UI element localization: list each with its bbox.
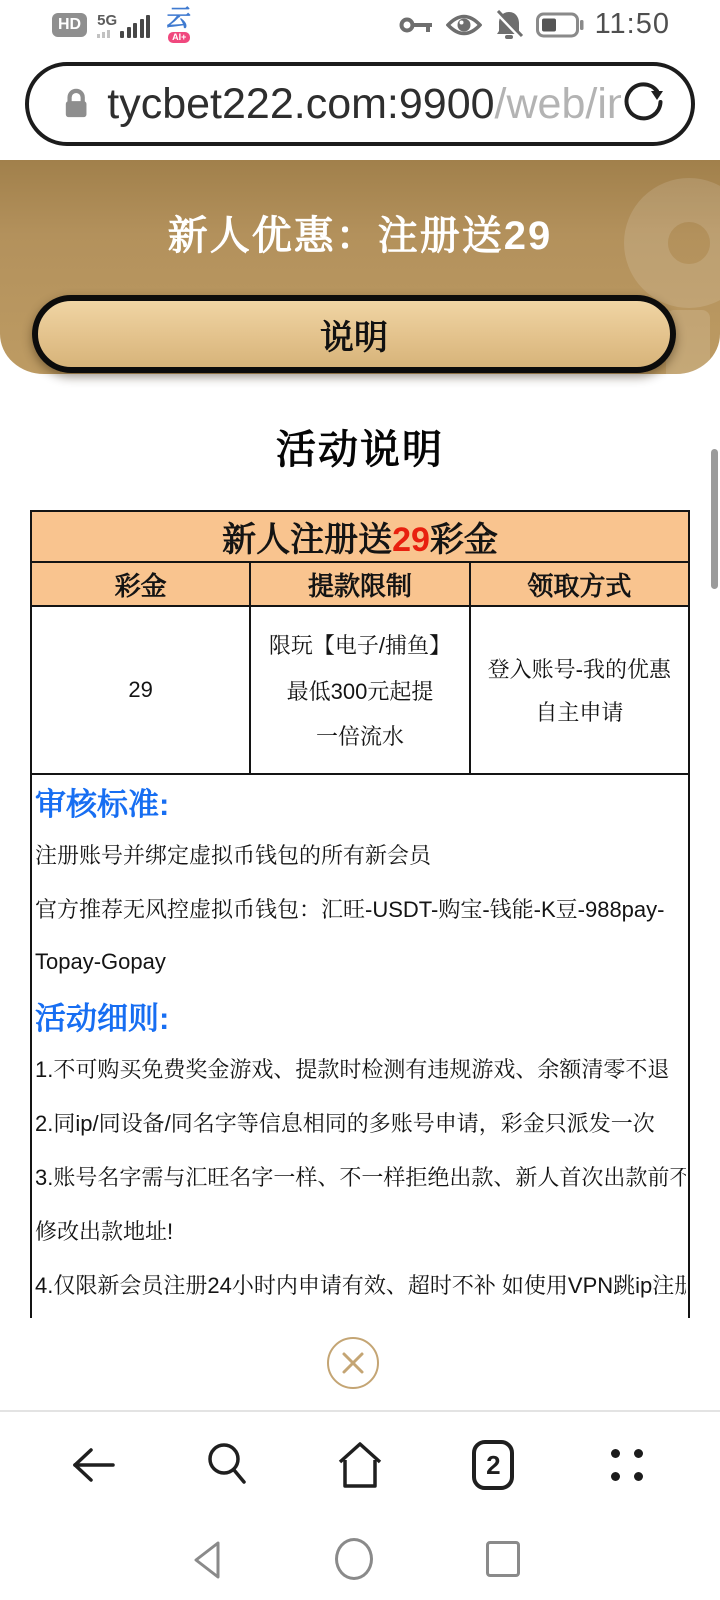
- rule-line: 修改出款地址!: [35, 1203, 686, 1257]
- menu-dots-icon: [611, 1449, 643, 1481]
- url-text: tycbet222.com:9900/web/ind: [107, 80, 621, 129]
- bonus-amount-highlight: 29: [392, 521, 430, 559]
- cell-bonus-value: 29: [31, 606, 250, 774]
- nav-home-icon[interactable]: [335, 1538, 373, 1580]
- search-icon: [204, 1441, 250, 1489]
- phone-screen: HD 5G 云 AI+: [0, 0, 720, 1600]
- toolbar-divider: [0, 1410, 720, 1412]
- clock-time: 11:50: [595, 8, 670, 41]
- signal-bars-secondary-icon: [97, 30, 110, 38]
- description-button[interactable]: 说明: [32, 295, 676, 373]
- activity-content: 新人注册送29彩金 彩金 提款限制 领取方式 29 限玩【电子/捕鱼】 最低30…: [30, 510, 690, 1318]
- nav-back-icon[interactable]: [188, 1538, 228, 1582]
- cloud-app-icon: 云 AI+: [164, 7, 202, 43]
- col-header-limit: 提款限制: [250, 562, 469, 606]
- table-title-cell: 新人注册送29彩金: [31, 511, 689, 562]
- status-bar: HD 5G 云 AI+: [0, 0, 720, 50]
- rule-line: 3.账号名字需与汇旺名字一样、不一样拒绝出款、新人首次出款前不能: [35, 1149, 686, 1203]
- table-data-row: 29 限玩【电子/捕鱼】 最低300元起提 一倍流水 登入账号-我的优惠 自主申…: [31, 606, 689, 774]
- review-line: 官方推荐无风控虚拟币钱包：汇旺-USDT-购宝-钱能-K豆-988pay-: [35, 881, 686, 935]
- claim-line: 登入账号-我的优惠: [471, 653, 688, 684]
- activity-description-title: 活动说明: [0, 418, 720, 475]
- search-button[interactable]: [187, 1428, 267, 1502]
- table-title-row: 新人注册送29彩金: [31, 511, 689, 562]
- rule-line: 2.同ip/同设备/同名字等信息相同的多账号申请，彩金只派发一次: [35, 1095, 686, 1149]
- url-bar[interactable]: tycbet222.com:9900/web/ind: [25, 62, 695, 146]
- back-arrow-icon: [69, 1445, 117, 1485]
- status-left: HD 5G 云 AI+: [52, 7, 202, 43]
- battery-icon: [536, 12, 584, 38]
- activity-rules-heading: 活动细则:: [35, 989, 686, 1041]
- browser-toolbar: 2: [0, 1428, 720, 1502]
- home-icon: [336, 1440, 384, 1490]
- bonus-table: 新人注册送29彩金 彩金 提款限制 领取方式 29 限玩【电子/捕鱼】 最低30…: [30, 510, 690, 775]
- rule-line: 1.不可购买免费奖金游戏、提款时检测有违规游戏、余额清零不退: [35, 1041, 686, 1095]
- network-indicator: 5G: [97, 13, 150, 38]
- col-header-claim: 领取方式: [470, 562, 689, 606]
- nav-recents-icon[interactable]: [486, 1541, 520, 1577]
- refresh-button[interactable]: [621, 79, 667, 130]
- promo-title: 新人优惠：注册送29: [0, 204, 720, 261]
- mute-bell-icon: [493, 10, 525, 40]
- signal-bars-icon: [120, 15, 150, 38]
- claim-line: 自主申请: [471, 696, 688, 727]
- close-button[interactable]: [327, 1337, 379, 1389]
- scrollbar-thumb[interactable]: [711, 449, 718, 589]
- tab-count: 2: [486, 1450, 500, 1481]
- network-type-label: 5G: [97, 13, 117, 28]
- system-nav-bar: [0, 1532, 720, 1588]
- limit-line: 限玩【电子/捕鱼】: [251, 629, 468, 660]
- lock-icon: [63, 87, 89, 121]
- cloud-ai-badge: AI+: [168, 32, 190, 43]
- review-criteria-heading: 审核标准:: [35, 775, 686, 827]
- hd-icon: HD: [52, 13, 87, 37]
- review-line: 注册账号并绑定虚拟币钱包的所有新会员: [35, 827, 686, 881]
- limit-line: 一倍流水: [251, 720, 468, 751]
- tab-count-box: 2: [472, 1440, 514, 1490]
- limit-line: 最低300元起提: [251, 675, 468, 706]
- url-path: /web/ind: [495, 80, 621, 128]
- review-line: Topay-Gopay: [35, 935, 686, 989]
- status-right: 11:50: [399, 8, 670, 41]
- cell-claim-method: 登入账号-我的优惠 自主申请: [470, 606, 689, 774]
- tabs-button[interactable]: 2: [453, 1428, 533, 1502]
- rule-line: 4.仅限新会员注册24小时内申请有效、超时不补 如使用VPN跳ip注册套: [35, 1257, 686, 1311]
- eye-comfort-icon: [446, 12, 482, 38]
- col-header-bonus: 彩金: [31, 562, 250, 606]
- table-header-row: 彩金 提款限制 领取方式: [31, 562, 689, 606]
- vpn-key-icon: [399, 13, 435, 37]
- menu-button[interactable]: [587, 1428, 667, 1502]
- close-icon: [341, 1351, 365, 1375]
- cell-withdraw-limit: 限玩【电子/捕鱼】 最低300元起提 一倍流水: [250, 606, 469, 774]
- rules-text-block: 审核标准: 注册账号并绑定虚拟币钱包的所有新会员 官方推荐无风控虚拟币钱包：汇旺…: [30, 775, 690, 1318]
- home-button[interactable]: [320, 1428, 400, 1502]
- url-host: tycbet222.com:9900: [107, 80, 494, 128]
- browser-back-button[interactable]: [53, 1428, 133, 1502]
